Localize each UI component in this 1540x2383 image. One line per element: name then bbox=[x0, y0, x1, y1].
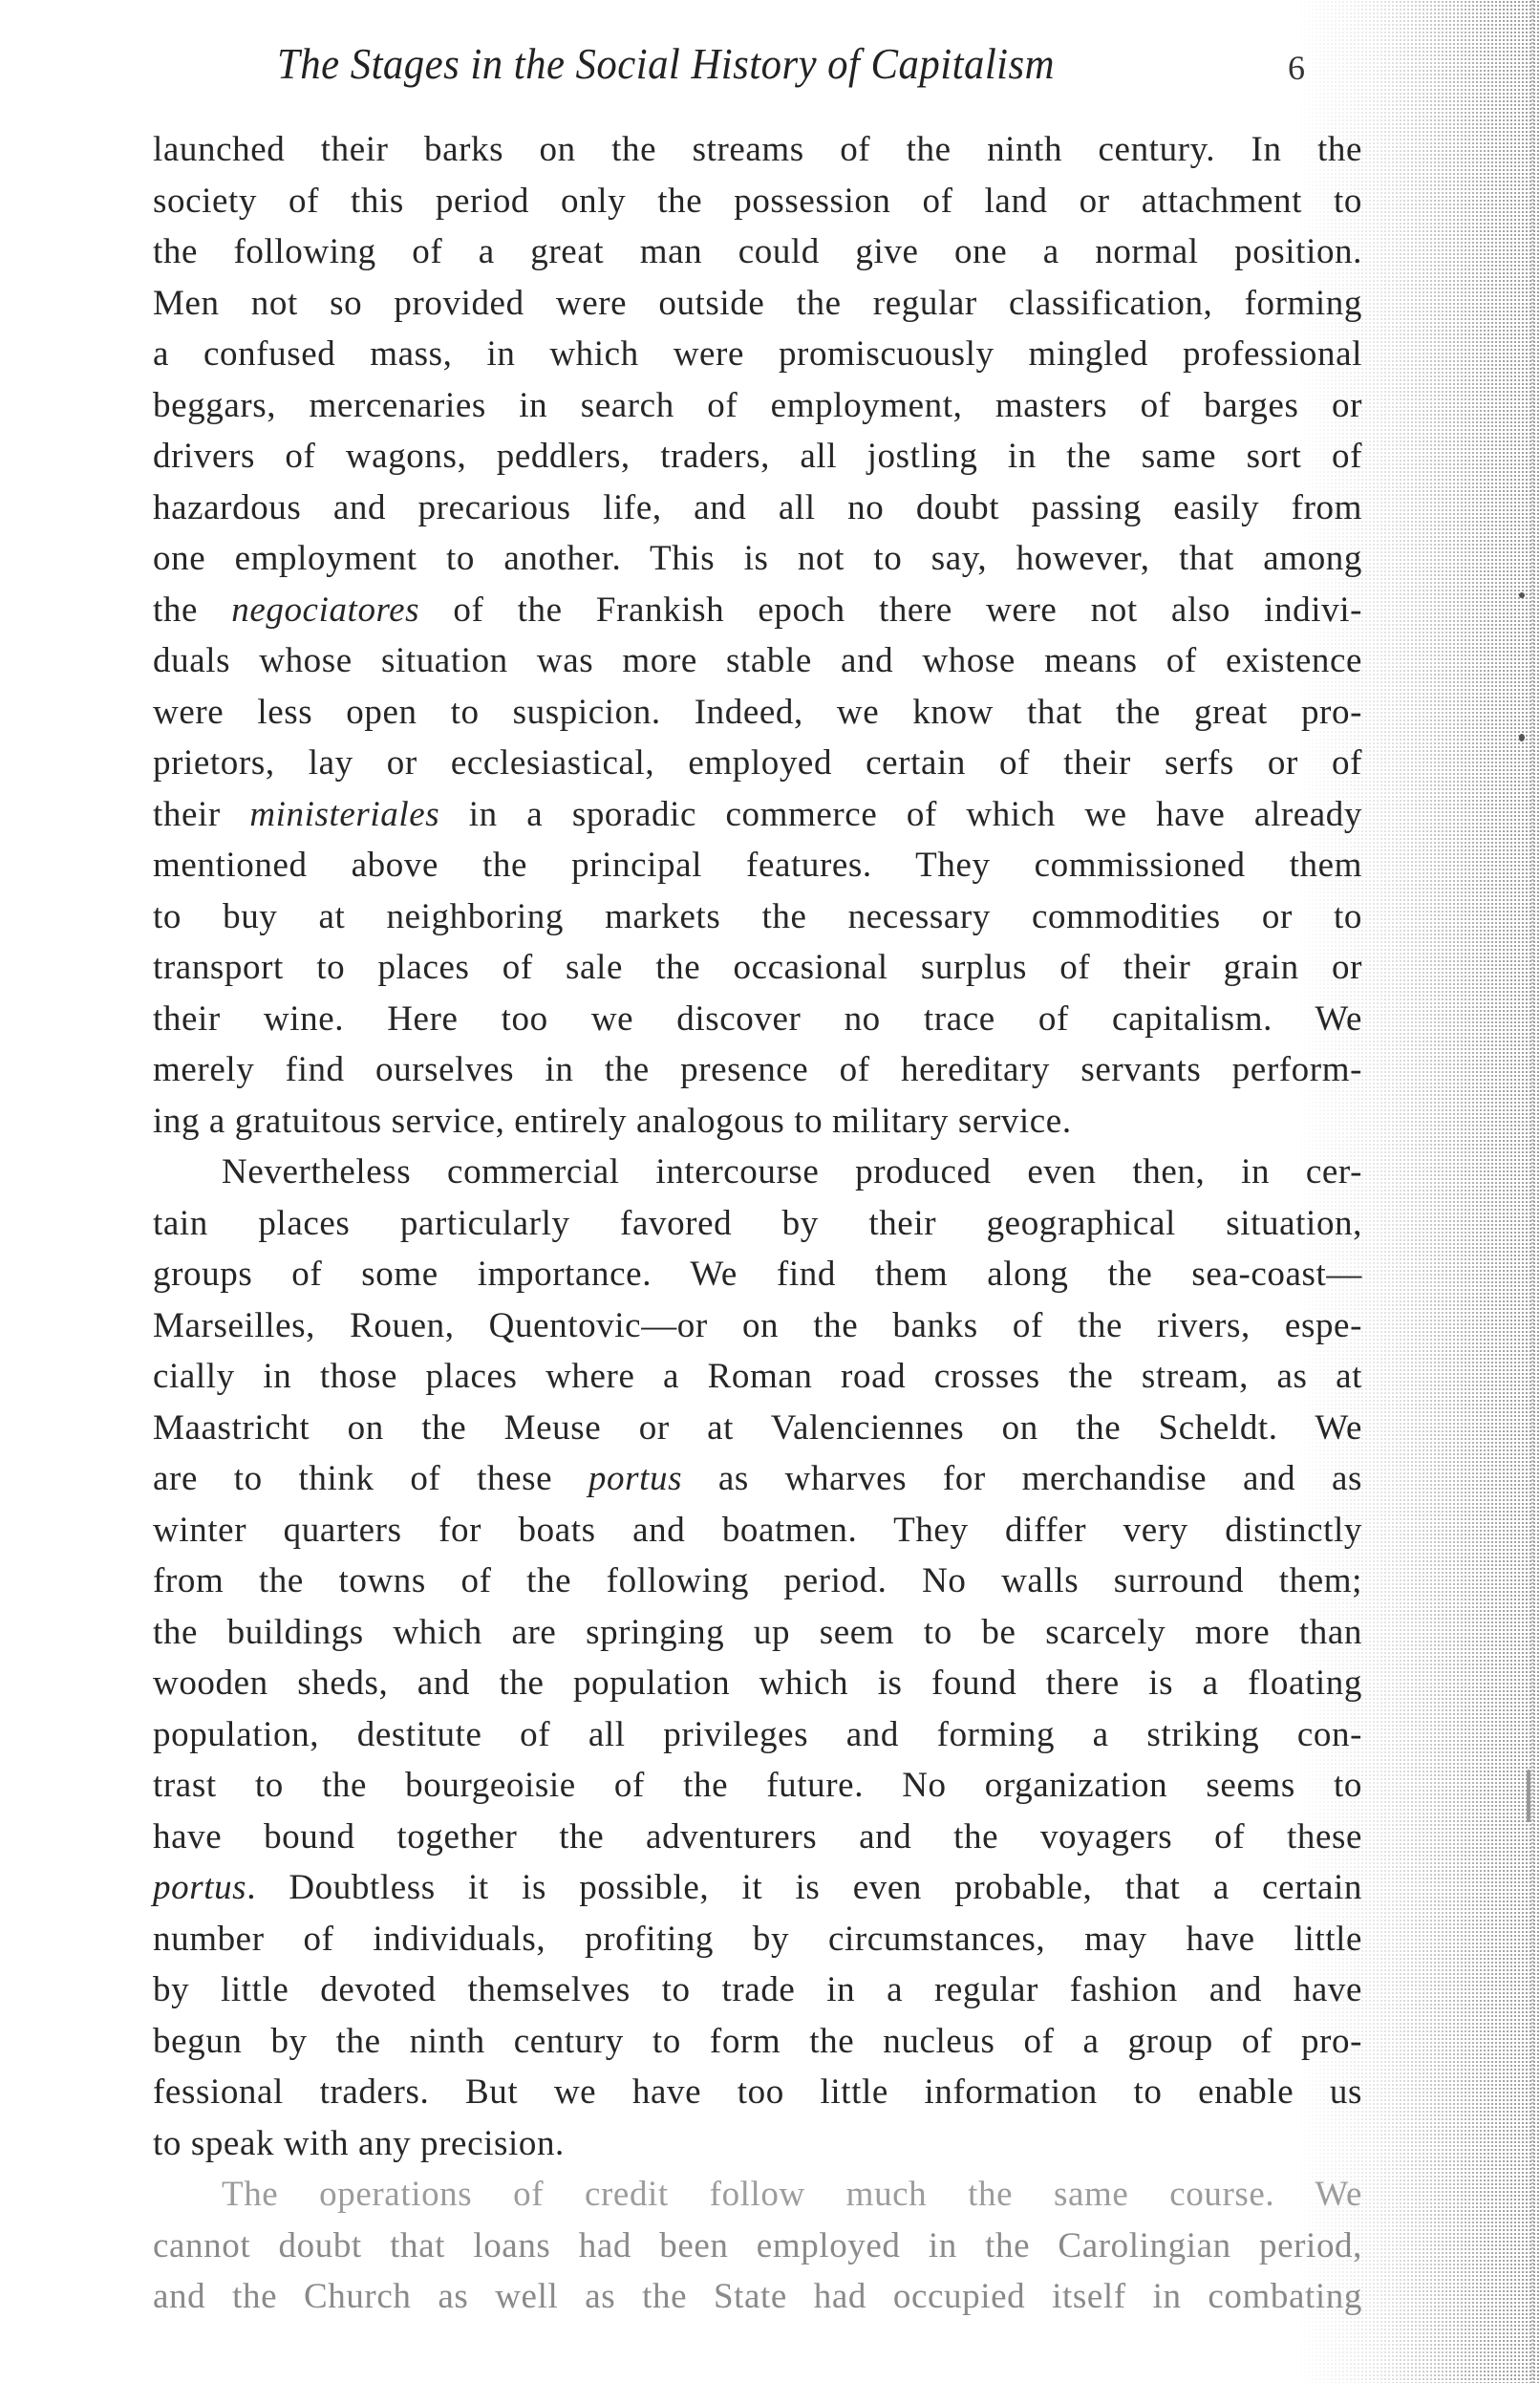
scan-speck bbox=[1519, 592, 1525, 598]
italic-term: portus bbox=[588, 1459, 682, 1498]
italic-term: portus bbox=[153, 1868, 246, 1907]
text-line: fessional traders. But we have too littl… bbox=[153, 2067, 1362, 2118]
text-line: launched their barks on the streams of t… bbox=[153, 124, 1362, 176]
text-line: to speak with any precision. bbox=[153, 2118, 1362, 2170]
text-line: the buildings which are springing up see… bbox=[153, 1607, 1362, 1659]
text-line: society of this period only the possessi… bbox=[153, 176, 1362, 227]
text-line: cannot doubt that loans had been employe… bbox=[153, 2221, 1362, 2272]
text-line: tain places particularly favored by thei… bbox=[153, 1198, 1362, 1250]
text-line: mentioned above the principal features. … bbox=[153, 840, 1362, 891]
paragraph-2: Nevertheless commercial intercourse prod… bbox=[153, 1147, 1362, 2169]
text-line: Men not so provided were outside the reg… bbox=[153, 278, 1362, 330]
text-line: beggars, mercenaries in search of employ… bbox=[153, 380, 1362, 432]
text-line: the negociatores of the Frankish epoch t… bbox=[153, 585, 1362, 636]
text-line: were less open to suspicion. Indeed, we … bbox=[153, 687, 1362, 739]
text-line: their ministeriales in a sporadic commer… bbox=[153, 789, 1362, 841]
text-line: portus. Doubtless it is possible, it is … bbox=[153, 1862, 1362, 1914]
text-line: their wine. Here too we discover no trac… bbox=[153, 994, 1362, 1045]
text-line: ing a gratuitous service, entirely analo… bbox=[153, 1096, 1362, 1148]
text-line: begun by the ninth century to form the n… bbox=[153, 2016, 1362, 2068]
text-line: Marseilles, Rouen, Quentovic—or on the b… bbox=[153, 1300, 1362, 1352]
text-line: number of individuals, profiting by circ… bbox=[153, 1914, 1362, 1965]
text-line: Maastricht on the Meuse or at Valencienn… bbox=[153, 1403, 1362, 1454]
text-line: cially in those places where a Roman roa… bbox=[153, 1351, 1362, 1403]
text-line: population, destitute of all privileges … bbox=[153, 1709, 1362, 1761]
text-line: transport to places of sale the occasion… bbox=[153, 942, 1362, 994]
text-line: merely find ourselves in the presence of… bbox=[153, 1044, 1362, 1096]
paragraph-1: launched their barks on the streams of t… bbox=[153, 124, 1362, 1147]
text-line: duals whose situation was more stable an… bbox=[153, 635, 1362, 687]
page-header: The Stages in the Social History of Capi… bbox=[0, 38, 1540, 105]
text-line: from the towns of the following period. … bbox=[153, 1556, 1362, 1607]
text-line: a confused mass, in which were promiscuo… bbox=[153, 329, 1362, 380]
page-number: 6 bbox=[1288, 48, 1305, 88]
text-line: wooden sheds, and the population which i… bbox=[153, 1658, 1362, 1709]
paragraph-3: The operations of credit follow much the… bbox=[153, 2169, 1362, 2323]
text-line: have bound together the adventurers and … bbox=[153, 1812, 1362, 1863]
text-line: the following of a great man could give … bbox=[153, 226, 1362, 278]
text-line: to buy at neighboring markets the necess… bbox=[153, 891, 1362, 943]
text-line: by little devoted themselves to trade in… bbox=[153, 1964, 1362, 2016]
text-line: Nevertheless commercial intercourse prod… bbox=[153, 1147, 1362, 1198]
scan-speck bbox=[1527, 1770, 1530, 1822]
text-line: The operations of credit follow much the… bbox=[153, 2169, 1362, 2221]
text-line: prietors, lay or ecclesiastical, employe… bbox=[153, 738, 1362, 789]
page-edge bbox=[1531, 0, 1534, 2383]
text-line: drivers of wagons, peddlers, traders, al… bbox=[153, 431, 1362, 483]
italic-term: negociatores bbox=[231, 590, 419, 630]
body-text: launched their barks on the streams of t… bbox=[153, 124, 1362, 2323]
text-line: and the Church as well as the State had … bbox=[153, 2271, 1362, 2323]
text-line: winter quarters for boats and boatmen. T… bbox=[153, 1505, 1362, 1556]
text-line: trast to the bourgeoisie of the future. … bbox=[153, 1760, 1362, 1812]
text-line: hazardous and precarious life, and all n… bbox=[153, 483, 1362, 534]
running-title: The Stages in the Social History of Capi… bbox=[277, 38, 1166, 89]
scan-speck bbox=[1519, 734, 1525, 741]
text-line: are to think of these portus as wharves … bbox=[153, 1453, 1362, 1505]
text-line: one employment to another. This is not t… bbox=[153, 533, 1362, 585]
text-line: groups of some importance. We find them … bbox=[153, 1249, 1362, 1300]
scanned-book-page: The Stages in the Social History of Capi… bbox=[0, 0, 1540, 2383]
italic-term: ministeriales bbox=[249, 795, 439, 834]
